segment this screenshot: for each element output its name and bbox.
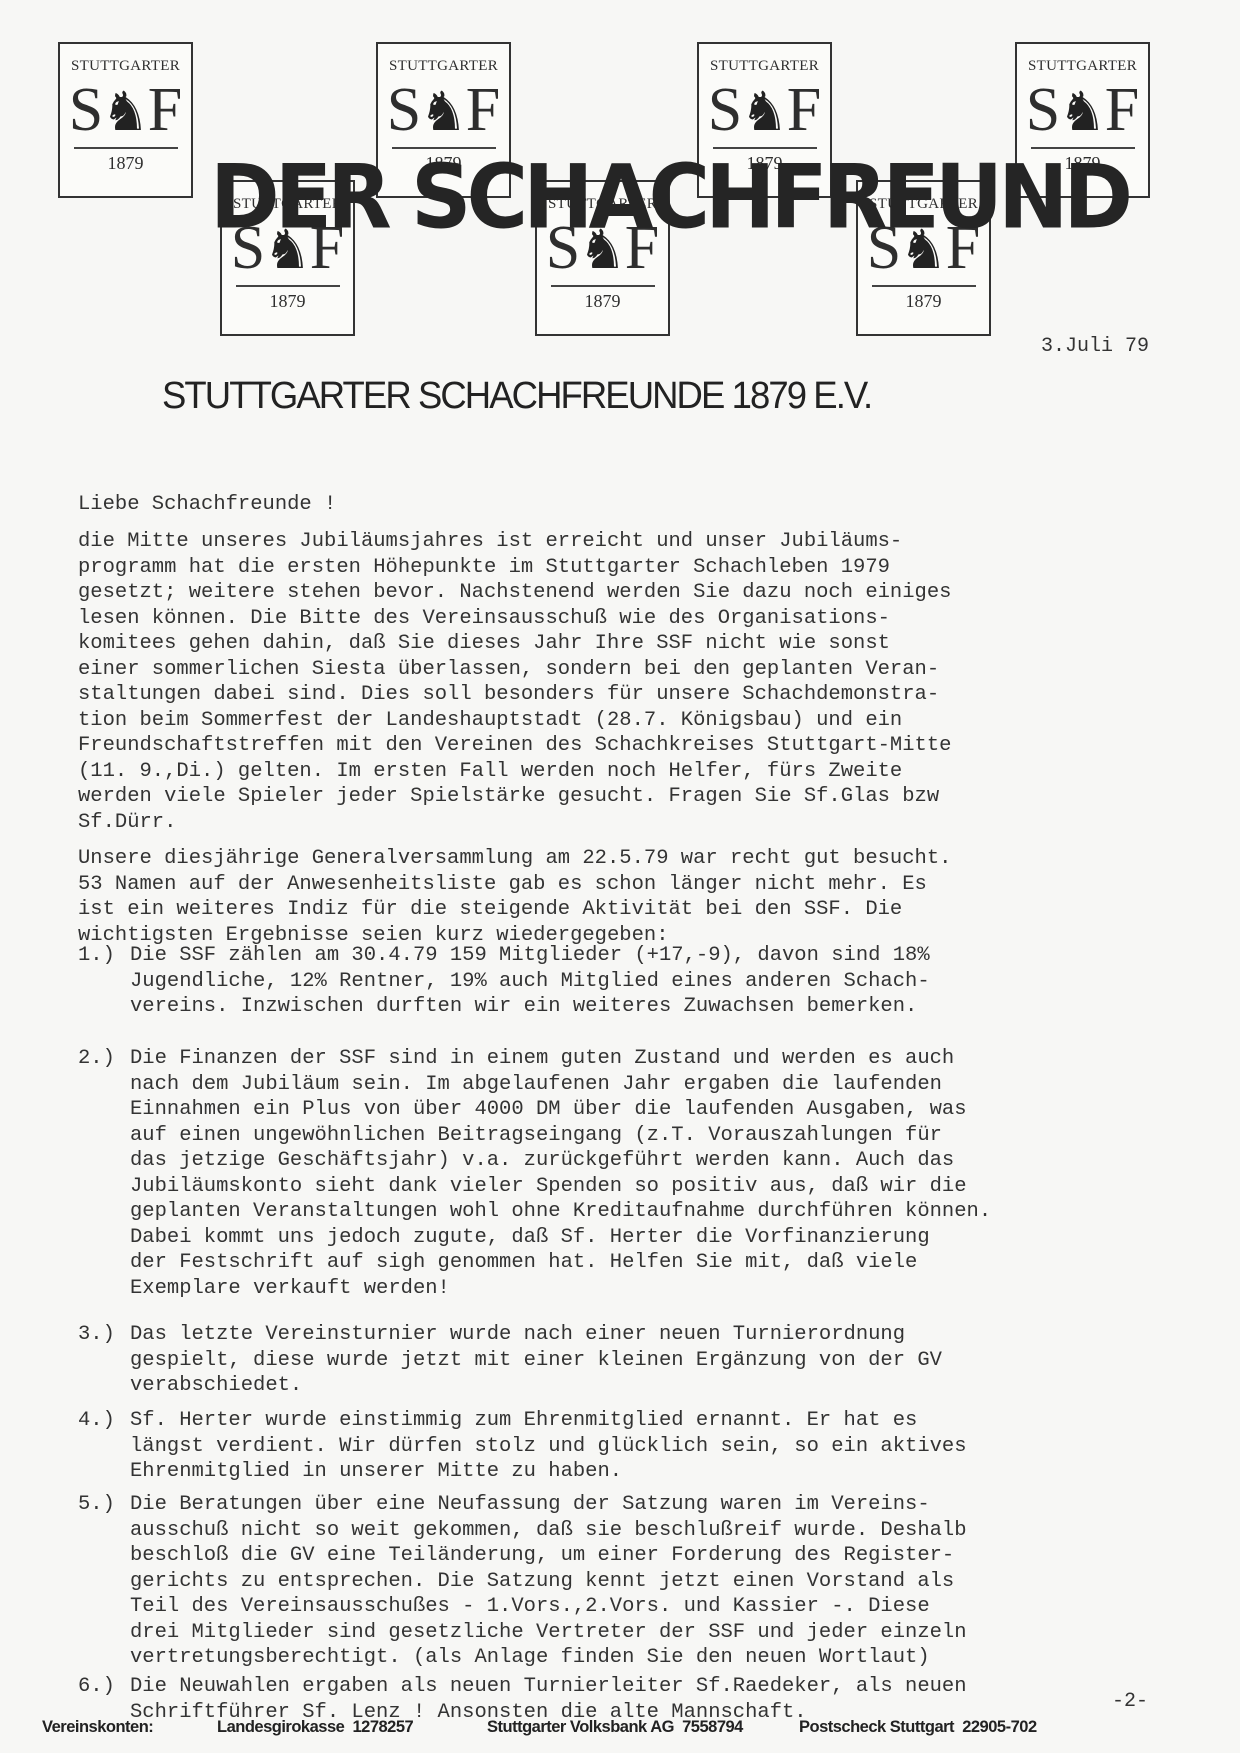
- logo-year: 1879: [537, 291, 668, 312]
- result-number: 3.): [78, 1322, 115, 1348]
- result-number: 4.): [78, 1408, 115, 1434]
- footer-account: Landesgirokasse 1278257: [217, 1718, 487, 1737]
- intro-paragraph: die Mitte unseres Jubiläumsjahres ist er…: [78, 529, 951, 835]
- footer-account: Stuttgarter Volksbank AG 7558794: [487, 1718, 799, 1737]
- greeting: Liebe Schachfreunde !: [78, 492, 336, 518]
- logo-club-name: STUTTGARTER: [378, 58, 509, 75]
- result-number: 5.): [78, 1492, 115, 1518]
- logo-monogram: S♞F: [378, 79, 509, 141]
- page-marker: -2-: [1112, 1690, 1148, 1713]
- logo-year: 1879: [858, 291, 989, 312]
- logo-rule: [872, 285, 976, 287]
- result-text: Die Beratungen über eine Neufassung der …: [130, 1492, 967, 1671]
- result-number: 6.): [78, 1674, 115, 1700]
- result-text: Das letzte Vereinsturnier wurde nach ein…: [130, 1322, 942, 1399]
- result-text: Die Finanzen der SSF sind in einem guten…: [130, 1046, 991, 1301]
- issue-date: 3.Juli 79: [1041, 335, 1149, 358]
- organization-name: STUTTGARTER SCHACHFREUNDE 1879 E.V.: [162, 375, 871, 418]
- knight-icon: ♞: [101, 83, 149, 141]
- logo-monogram: S♞F: [60, 79, 191, 141]
- footer-account: Postscheck Stuttgart 22905-702: [799, 1718, 1037, 1737]
- footer-label: Vereinskonten:: [42, 1718, 217, 1737]
- logo-club-name: STUTTGARTER: [699, 58, 830, 75]
- assembly-paragraph: Unsere diesjährige Generalversammlung am…: [78, 846, 951, 948]
- ssf-logo: STUTTGARTER S♞F 1879: [58, 42, 193, 198]
- knight-icon: ♞: [419, 83, 467, 141]
- logo-year: 1879: [60, 153, 191, 174]
- result-number: 2.): [78, 1046, 115, 1072]
- result-text: Die SSF zählen am 30.4.79 159 Mitglieder…: [130, 943, 930, 1020]
- logo-rule: [74, 147, 178, 149]
- logo-monogram: S♞F: [1017, 79, 1148, 141]
- newsletter-title: DER SCHACHFREUND: [210, 148, 1010, 248]
- logo-monogram: S♞F: [699, 79, 830, 141]
- result-number: 1.): [78, 943, 115, 969]
- logo-club-name: STUTTGARTER: [1017, 58, 1148, 75]
- logo-rule: [236, 285, 340, 287]
- logo-club-name: STUTTGARTER: [60, 58, 191, 75]
- result-text: Sf. Herter wurde einstimmig zum Ehrenmit…: [130, 1408, 967, 1485]
- logo-year: 1879: [222, 291, 353, 312]
- footer-bank-accounts: Vereinskonten: Landesgirokasse 1278257 S…: [42, 1718, 1202, 1737]
- knight-icon: ♞: [1058, 83, 1106, 141]
- logo-rule: [551, 285, 655, 287]
- knight-icon: ♞: [740, 83, 788, 141]
